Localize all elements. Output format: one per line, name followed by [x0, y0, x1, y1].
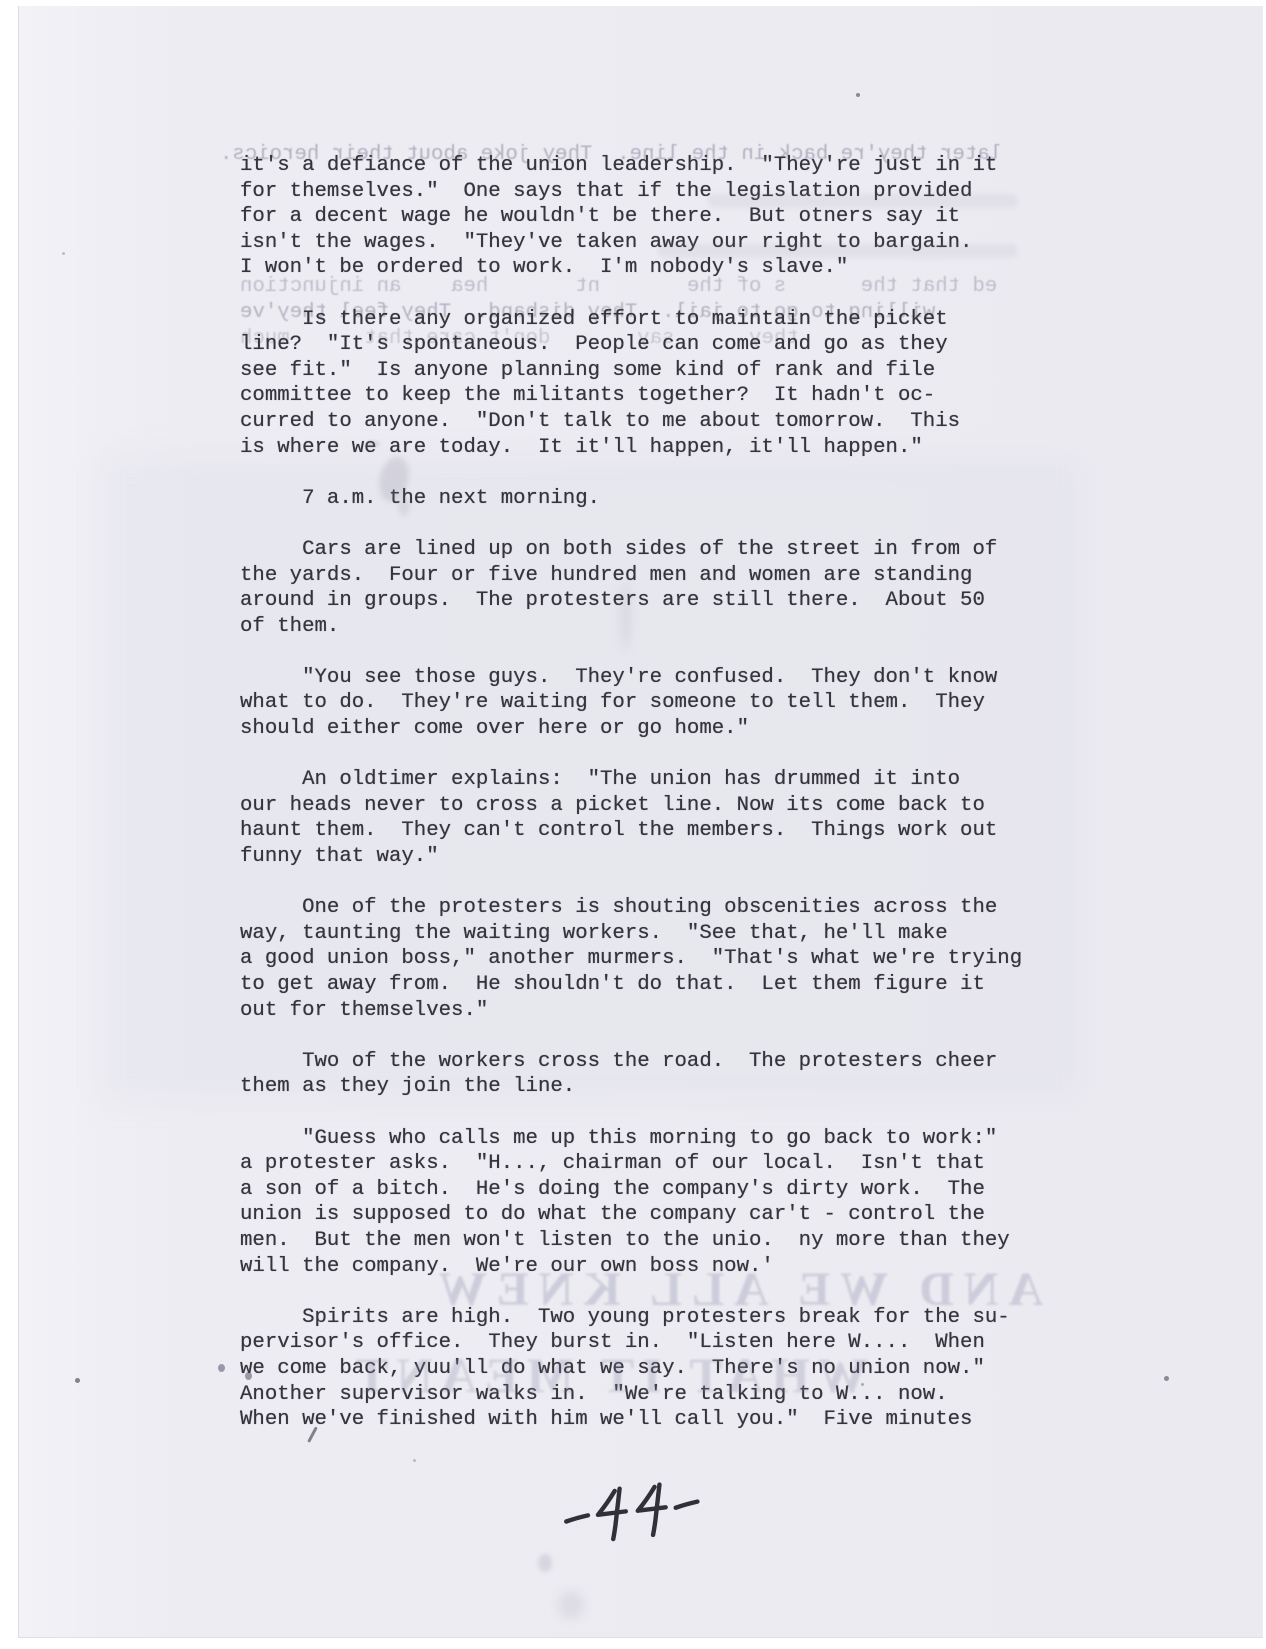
scanned-page: later they're back in the line. They jok…	[18, 6, 1263, 1638]
handwritten-page-number	[556, 1476, 709, 1554]
paragraph: 7 a.m. the next morning.	[240, 486, 1022, 512]
paragraph: Two of the workers cross the road. The p…	[240, 1049, 1022, 1100]
bleedthrough-dot	[245, 1372, 252, 1380]
paragraph: An oldtimer explains: "The union has dru…	[240, 767, 1022, 869]
scan-speck	[408, 1418, 411, 1421]
scan-speck	[62, 252, 65, 255]
typed-text-body: it's a defiance of the union leadership.…	[240, 153, 1022, 1433]
scan-smudge	[558, 1591, 584, 1619]
bleedthrough-headline-line1: AND WE ALL KNEW	[386, 1262, 1086, 1317]
paragraph: One of the protesters is shouting obscen…	[240, 895, 1022, 1023]
paragraph: it's a defiance of the union leadership.…	[240, 153, 1022, 281]
paragraph: "You see those guys. They're confused. T…	[240, 665, 1022, 742]
bleedthrough-headline-line2: WHAT IT MEANT	[368, 1346, 868, 1404]
scan-speck	[413, 1459, 416, 1462]
bleedthrough-faint-streak	[708, 194, 1018, 208]
scan-speck	[861, 1383, 864, 1386]
paragraph: Is there any organized effort to maintai…	[240, 307, 1022, 461]
bleedthrough-faint-streak	[658, 244, 1018, 258]
scan-smudge	[366, 441, 380, 447]
paragraph: "Guess who calls me up this morning to g…	[240, 1126, 1022, 1280]
paragraph: Cars are lined up on both sides of the s…	[240, 537, 1022, 639]
scan-speck	[856, 93, 860, 97]
scan-smudge	[398, 496, 410, 516]
scan-smudge	[538, 1554, 552, 1572]
scan-speck	[75, 1378, 80, 1383]
scan-speck	[1164, 1376, 1169, 1381]
bleedthrough-dot	[218, 1364, 225, 1372]
scan-smudge	[620, 581, 631, 651]
